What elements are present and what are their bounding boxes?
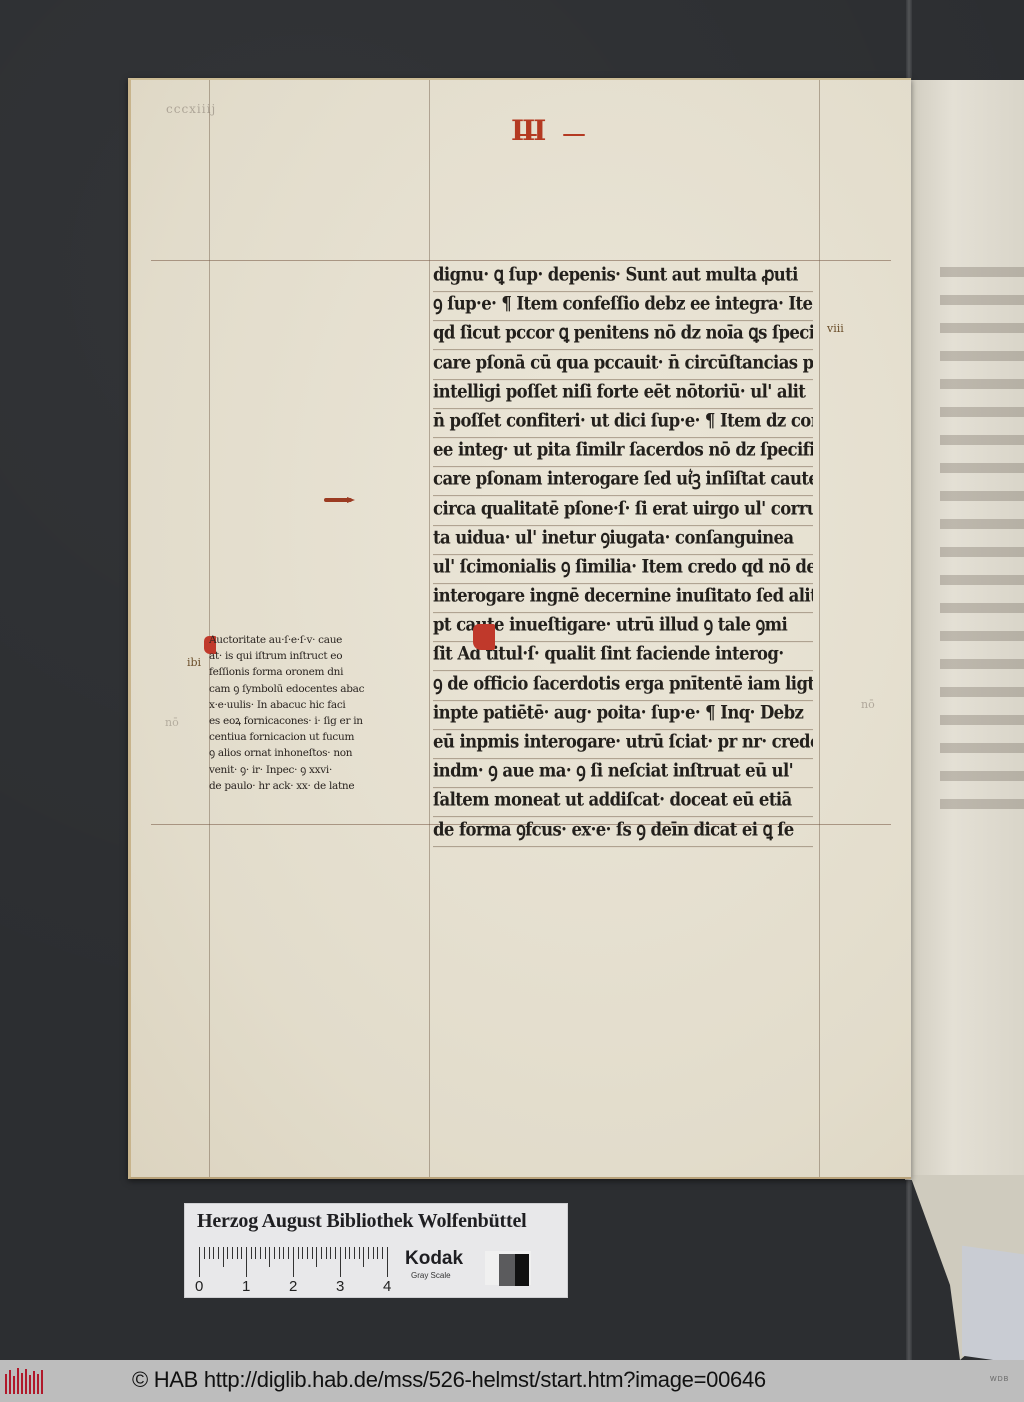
text-line: qd ſicut pccor ꝗ penitens nō dz noīa ꝗs … <box>433 317 813 351</box>
gloss-line: feſſionis forma oronem dni <box>209 664 424 680</box>
gloss-line: de paulo· hr ack· xx· de latne <box>209 778 424 794</box>
footer-corner-mark: WDB <box>990 1376 1009 1383</box>
copyright-link[interactable]: © HAB http://diglib.hab.de/mss/526-helms… <box>132 1367 766 1393</box>
gloss-line: Auctoritate au·ſ·e·ſ·v· caue <box>209 632 424 648</box>
hab-barcode-logo-icon[interactable] <box>5 1368 43 1394</box>
ruling-col-right <box>819 80 820 1177</box>
margin-note-right-pencil: nō <box>861 698 875 711</box>
gloss-line: es eoꝝ fornicacones· i· ſig er in <box>209 713 424 729</box>
cm-ruler: 0 1 2 3 4 <box>199 1247 387 1279</box>
margin-note-left-pencil: nō <box>165 716 179 729</box>
gloss-line: centiua fornicacion ut fucum <box>209 729 424 745</box>
kodak-brand: Kodak <box>405 1248 463 1270</box>
ruling-left-outer <box>209 80 210 1177</box>
main-text-column: dignu· ꝗ ſup· depenis· Sunt aut multa ꝓu… <box>433 261 813 845</box>
gray-patch-black <box>515 1254 529 1286</box>
gray-scale-label: Gray Scale <box>411 1271 451 1280</box>
ruler-label-0: 0 <box>195 1278 203 1295</box>
text-line: ſaltem moneat ut addiſcat· doceat eū eti… <box>433 784 813 818</box>
ruler-label-2: 2 <box>289 1278 297 1295</box>
color-scale-card: Herzog August Bibliothek Wolfenbüttel 0 … <box>184 1203 568 1298</box>
ruler-label-1: 1 <box>242 1278 250 1295</box>
red-initial-A <box>473 624 495 650</box>
gloss-line: ꝯ alios ornat inhoneſtos· non <box>209 745 424 761</box>
viewer-footer: © HAB http://diglib.hab.de/mss/526-helms… <box>0 1360 1024 1402</box>
ruling-col-left <box>429 80 430 1177</box>
red-pointer-tail <box>347 497 355 503</box>
text-line: care pſonam interogare ſed ut͛ꝫ inſiſtat… <box>433 463 813 497</box>
gloss-line: venit· ꝯ· ir· Inpec· ꝯ xxvi· <box>209 762 424 778</box>
manuscript-page: cccxiiij III dignu· ꝗ ſup· depenis· Sunt… <box>128 78 911 1179</box>
facing-scale-card <box>962 1246 1024 1365</box>
library-name: Herzog August Bibliothek Wolfenbüttel <box>197 1210 527 1233</box>
folio-number: III <box>511 114 544 147</box>
gray-patch-mid <box>499 1254 515 1286</box>
gloss-column: Auctoritate au·ſ·e·ſ·v· caue at· is qui … <box>209 632 424 794</box>
margin-note-left-gloss: ibi <box>187 656 201 669</box>
facing-leaf-showthrough-text <box>940 255 1024 815</box>
gloss-line: cam ꝯ ſymbolū edocentes abac <box>209 681 424 697</box>
gloss-line: at· is qui iſtrum inſtruct eo <box>209 648 424 664</box>
text-line: de forma ꝯfcus· ex·e· ſs ꝯ deīn dicat ei… <box>433 813 813 847</box>
gloss-line: x·e·uulis· In abacuc hic faci <box>209 697 424 713</box>
ruler-label-3: 3 <box>336 1278 344 1295</box>
ruler-label-4: 4 <box>383 1278 391 1295</box>
folio-flourish-right <box>563 134 585 136</box>
margin-note-right-upper: viii <box>827 322 844 335</box>
